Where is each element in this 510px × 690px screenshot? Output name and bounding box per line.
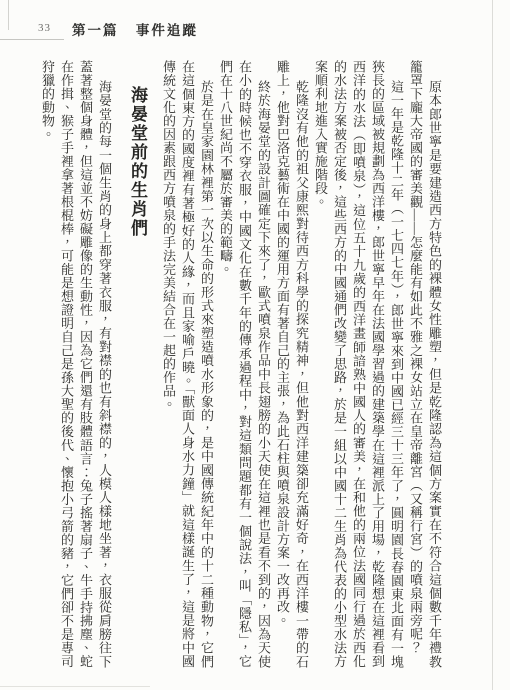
body-paragraph: 這一年是乾隆十二年（一七四七年），郎世寧來到中國已經三十三年了，圓明園長春園東北… bbox=[311, 60, 406, 668]
page-number: 33 bbox=[38, 22, 51, 34]
scan-edge-bottom-left bbox=[0, 686, 150, 687]
body-paragraph: 海晏堂的每一個生肖的身上都穿著衣服，有對襟的也有斜襟的，人模人樣地坐著，衣服從肩… bbox=[38, 60, 114, 668]
body-paragraph: 終於海晏堂的設計圖確定下來了，歐式噴泉作品中長翅膀的小天使在這裡也是看不到的，因… bbox=[216, 60, 273, 668]
body-paragraph: 原本郎世寧是要建造西方特色的裸體女性雕塑，但是乾隆認為這個方案實在不符合這個數千… bbox=[406, 60, 444, 668]
part-title: 事件追蹤 bbox=[136, 23, 198, 38]
running-head: 33 第一篇 事件追蹤 bbox=[0, 0, 510, 52]
part-label: 第一篇 bbox=[72, 23, 119, 38]
header-rule bbox=[0, 39, 64, 40]
body-paragraph: 乾隆沒有他的祖父康熙對待西方科學的探究精神，但他對西洋建築卻充滿好奇，在西洋樓一… bbox=[273, 60, 311, 668]
body-paragraph: 於是在皇家園林裡第一次以生命的形式來塑造噴水形象的，是中國傳統紀年中的十二種動物… bbox=[159, 60, 216, 668]
section-heading: 海晏堂前的生肖們 bbox=[122, 60, 152, 668]
vertical-body-text: 原本郎世寧是要建造西方特色的裸體女性雕塑，但是乾隆認為這個方案實在不符合這個數千… bbox=[52, 60, 444, 668]
book-page: 33 第一篇 事件追蹤 原本郎世寧是要建造西方特色的裸體女性雕塑，但是乾隆認為這… bbox=[0, 0, 510, 690]
scan-edge-right bbox=[492, 0, 493, 690]
header-titles: 第一篇 事件追蹤 bbox=[72, 19, 198, 39]
